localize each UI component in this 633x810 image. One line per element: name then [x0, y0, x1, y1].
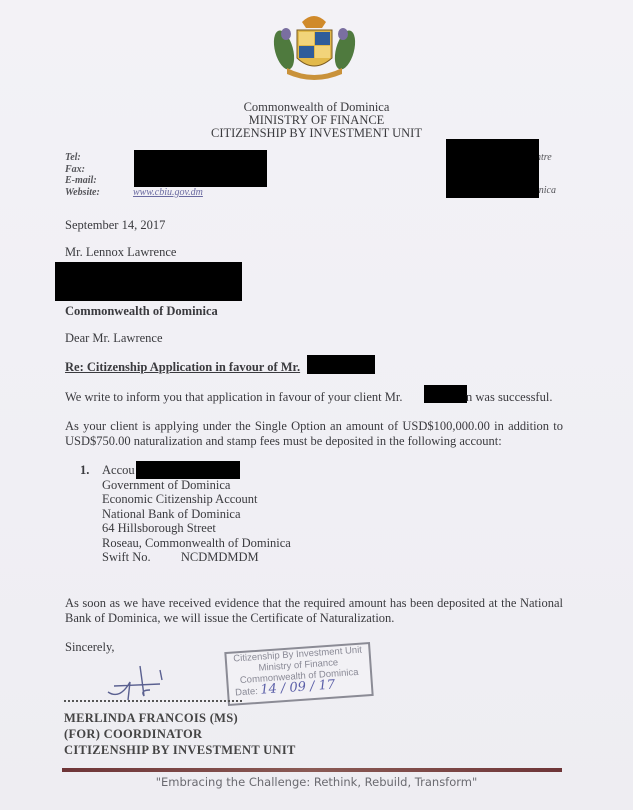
- swift-value: NCDMDMDM: [181, 550, 259, 564]
- redaction-contact: [134, 150, 267, 187]
- redaction-recipient-address: [55, 262, 242, 301]
- subject-line: Re: Citizenship Application in favour of…: [65, 360, 300, 375]
- signature-line: [64, 700, 242, 702]
- swift-label: Swift No.: [102, 550, 151, 564]
- account-line: Economic Citizenship Account: [102, 492, 291, 507]
- closing: Sincerely,: [65, 640, 115, 655]
- coat-of-arms-icon: [262, 12, 367, 84]
- contact-labels: Tel: Fax: E-mail: Website:: [65, 152, 100, 198]
- account-line: National Bank of Dominica: [102, 507, 291, 522]
- signatory-name: MERLINDA FRANCOIS (MS): [64, 710, 296, 726]
- recipient-country: Commonwealth of Dominica: [65, 304, 218, 319]
- paragraph-2: As your client is applying under the Sin…: [65, 419, 563, 448]
- letterhead-ministry: MINISTRY OF FINANCE: [0, 113, 633, 127]
- redaction-client-name-2: [424, 385, 467, 403]
- paragraph-1-end: n was successful.: [466, 390, 552, 405]
- paragraph-3: As soon as we have received evidence tha…: [65, 596, 563, 625]
- redaction-address: [446, 139, 539, 198]
- signatory-block: MERLINDA FRANCOIS (MS) (FOR) COORDINATOR…: [64, 710, 296, 758]
- footer-tagline: "Embracing the Challenge: Rethink, Rebui…: [0, 775, 633, 789]
- paragraph-1-start: We write to inform you that application …: [65, 390, 402, 405]
- fax-label: Fax:: [65, 164, 100, 176]
- tel-label: Tel:: [65, 152, 100, 164]
- signatory-title: (FOR) COORDINATOR: [64, 726, 296, 742]
- letter-date: September 14, 2017: [65, 218, 165, 233]
- redaction-client-name: [307, 355, 375, 374]
- signatory-unit: CITIZENSHIP BY INVESTMENT UNIT: [64, 742, 296, 758]
- account-line: Government of Dominica: [102, 478, 291, 493]
- account-line: 64 Hillsborough Street: [102, 521, 291, 536]
- website-link[interactable]: www.cbiu.gov.dm: [133, 187, 203, 198]
- website-label: Website:: [65, 187, 100, 199]
- recipient-name: Mr. Lennox Lawrence: [65, 245, 176, 260]
- account-line: Roseau, Commonwealth of Dominica: [102, 536, 291, 551]
- email-label: E-mail:: [65, 175, 100, 187]
- address-fragment-2: inica: [536, 185, 556, 196]
- letterhead-unit: CITIZENSHIP BY INVESTMENT UNIT: [0, 126, 633, 140]
- stamp-date-label: Date:: [235, 686, 258, 699]
- salutation: Dear Mr. Lawrence: [65, 331, 163, 346]
- swift-row: Swift No. NCDMDMDM: [102, 550, 291, 565]
- signature-icon: [100, 660, 190, 710]
- letterhead-country: Commonwealth of Dominica: [0, 100, 633, 114]
- footer-divider: [62, 768, 562, 772]
- redaction-account-number: [136, 461, 240, 479]
- official-stamp: Citizenship By Investment Unit Ministry …: [224, 642, 373, 706]
- list-number: 1.: [80, 463, 89, 478]
